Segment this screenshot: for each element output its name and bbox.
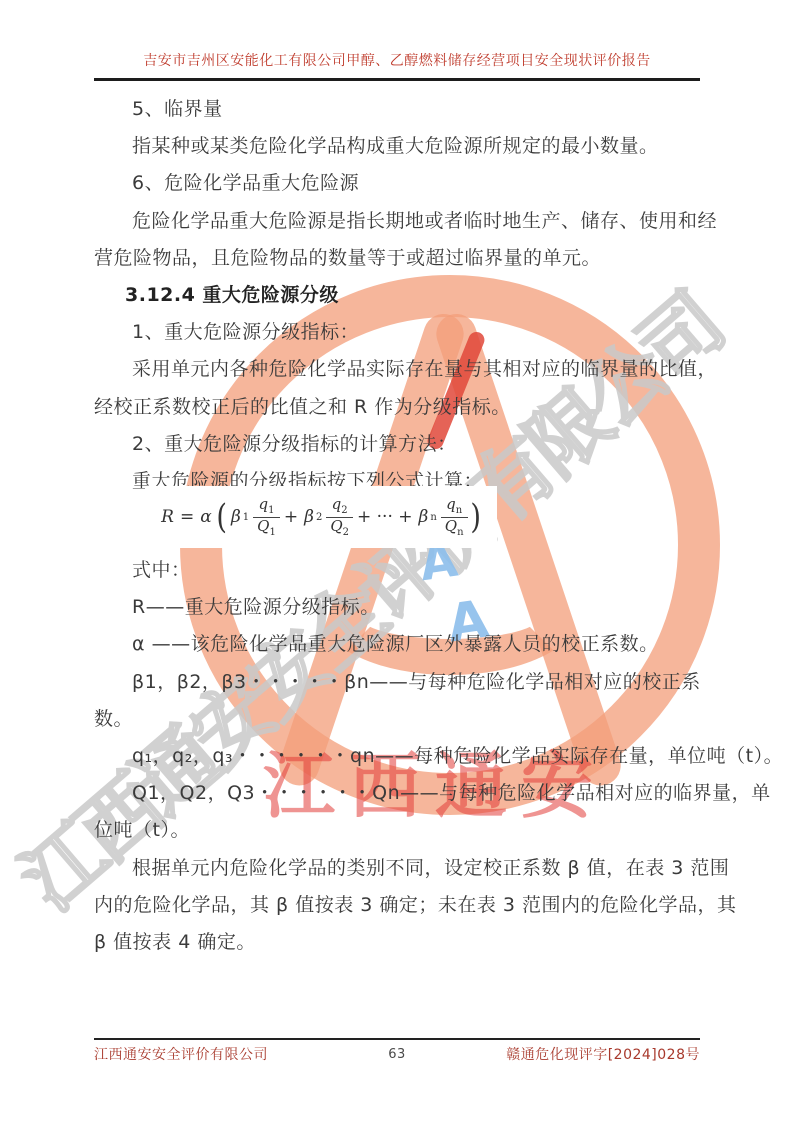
body-line: 营危险物品，且危险物品的数量等于或超过临界量的单元。	[94, 240, 700, 277]
body-line: 采用单元内各种危险化学品实际存在量与其相对应的临界量的比值，	[94, 351, 700, 388]
beta-sub: 1	[243, 512, 249, 523]
formula-term-2: β2 q2 Q2	[302, 496, 353, 538]
formula-block: R = α ( β1 q1 Q1 + β2 q2 Q2	[94, 500, 700, 552]
body-line: 1、重大危险源分级指标：	[94, 314, 700, 351]
formula-equals: =	[176, 507, 198, 527]
body-line: 6、危险化学品重大危险源	[94, 165, 700, 202]
body-line: 位吨（t）。	[94, 812, 700, 849]
denominator-sub: n	[457, 527, 463, 538]
formula-plus: +	[280, 507, 302, 527]
body-line: Q1，Q2，Q3・・・・・・Qn——与每种危险化学品相对应的临界量，单	[94, 775, 700, 812]
body-line: 内的危险化学品，其 β 值按表 3 确定；未在表 3 范围内的危险化学品，其	[94, 887, 700, 924]
formula-alpha: α	[198, 507, 213, 527]
header-rule	[94, 78, 700, 81]
denominator: Q	[257, 517, 269, 535]
body-line: 5、临界量	[94, 91, 700, 128]
denominator: Q	[330, 517, 342, 535]
numerator: q	[259, 495, 269, 513]
body-line: 数。	[94, 701, 700, 738]
document-page: 江西通安安全评价有限公司 A A 江西通安 吉安市吉州区安能化工有限公司甲醇、乙…	[0, 0, 794, 1123]
grading-index-formula: R = α ( β1 q1 Q1 + β2 q2 Q2	[145, 486, 497, 548]
fraction: q1 Q1	[253, 496, 280, 538]
beta: β	[302, 507, 316, 527]
body-line: 指某种或某类危险化学品构成重大危险源所规定的最小数量。	[94, 128, 700, 165]
formula-term-1: β1 q1 Q1	[229, 496, 280, 538]
body-line: 2、重大危险源分级指标的计算方法：	[94, 426, 700, 463]
body-lines-top: 5、临界量指某种或某类危险化学品构成重大危险源所规定的最小数量。6、危险化学品重…	[94, 91, 700, 500]
formula-close-paren: )	[469, 497, 481, 537]
formula-term-n: βn qn Qn	[417, 496, 468, 538]
beta: β	[229, 507, 243, 527]
page-header-title: 吉安市吉州区安能化工有限公司甲醇、乙醇燃料储存经营项目安全现状评价报告	[94, 50, 700, 70]
denominator-sub: 2	[343, 527, 349, 538]
body-line: 根据单元内危险化学品的类别不同，设定校正系数 β 值，在表 3 范围	[94, 850, 700, 887]
fraction: qn Qn	[441, 496, 468, 538]
body-line: 经校正系数校正后的比值之和 R 作为分级指标。	[94, 389, 700, 426]
body-line: q₁，q₂，q₃・・・・・・qn——每种危险化学品实际存在量，单位吨（t）。	[94, 738, 700, 775]
formula-open-paren: (	[215, 497, 227, 537]
numerator: q	[446, 495, 456, 513]
footer-company: 江西通安安全评价有限公司	[94, 1044, 296, 1064]
numerator-sub: 2	[341, 505, 347, 516]
body-line: R——重大危险源分级指标。	[94, 589, 700, 626]
numerator-sub: 1	[268, 505, 274, 516]
fraction: q2 Q2	[326, 496, 353, 538]
footer-rule	[94, 1038, 700, 1040]
section-heading: 3.12.4 重大危险源分级	[94, 277, 700, 314]
page-footer: 江西通安安全评价有限公司 63 赣通危化现评字[2024]028号	[94, 1044, 700, 1064]
footer-doc-number: 赣通危化现评字[2024]028号	[498, 1044, 700, 1064]
body-lines-bottom: 式中：R——重大危险源分级指标。α ——该危险化学品重大危险源厂区外暴露人员的校…	[94, 552, 700, 961]
numerator-sub: n	[456, 505, 462, 516]
numerator: q	[332, 495, 342, 513]
denominator-sub: 1	[269, 527, 275, 538]
body-line: β 值按表 4 确定。	[94, 924, 700, 961]
footer-page-number: 63	[296, 1047, 498, 1062]
body-line: 危险化学品重大危险源是指长期地或者临时地生产、储存、使用和经	[94, 203, 700, 240]
formula-ellipsis: + ··· +	[353, 507, 417, 527]
body-line: α ——该危险化学品重大危险源厂区外暴露人员的校正系数。	[94, 626, 700, 663]
formula-lhs: R	[159, 507, 176, 527]
body-line: 式中：	[94, 552, 700, 589]
document-body: 5、临界量指某种或某类危险化学品构成重大危险源所规定的最小数量。6、危险化学品重…	[94, 91, 700, 961]
beta-sub: n	[430, 512, 436, 523]
body-line: β1，β2，β3・・・・・βn——与每种危险化学品相对应的校正系	[94, 664, 700, 701]
beta-sub: 2	[316, 512, 322, 523]
beta: β	[417, 507, 431, 527]
denominator: Q	[445, 517, 457, 535]
